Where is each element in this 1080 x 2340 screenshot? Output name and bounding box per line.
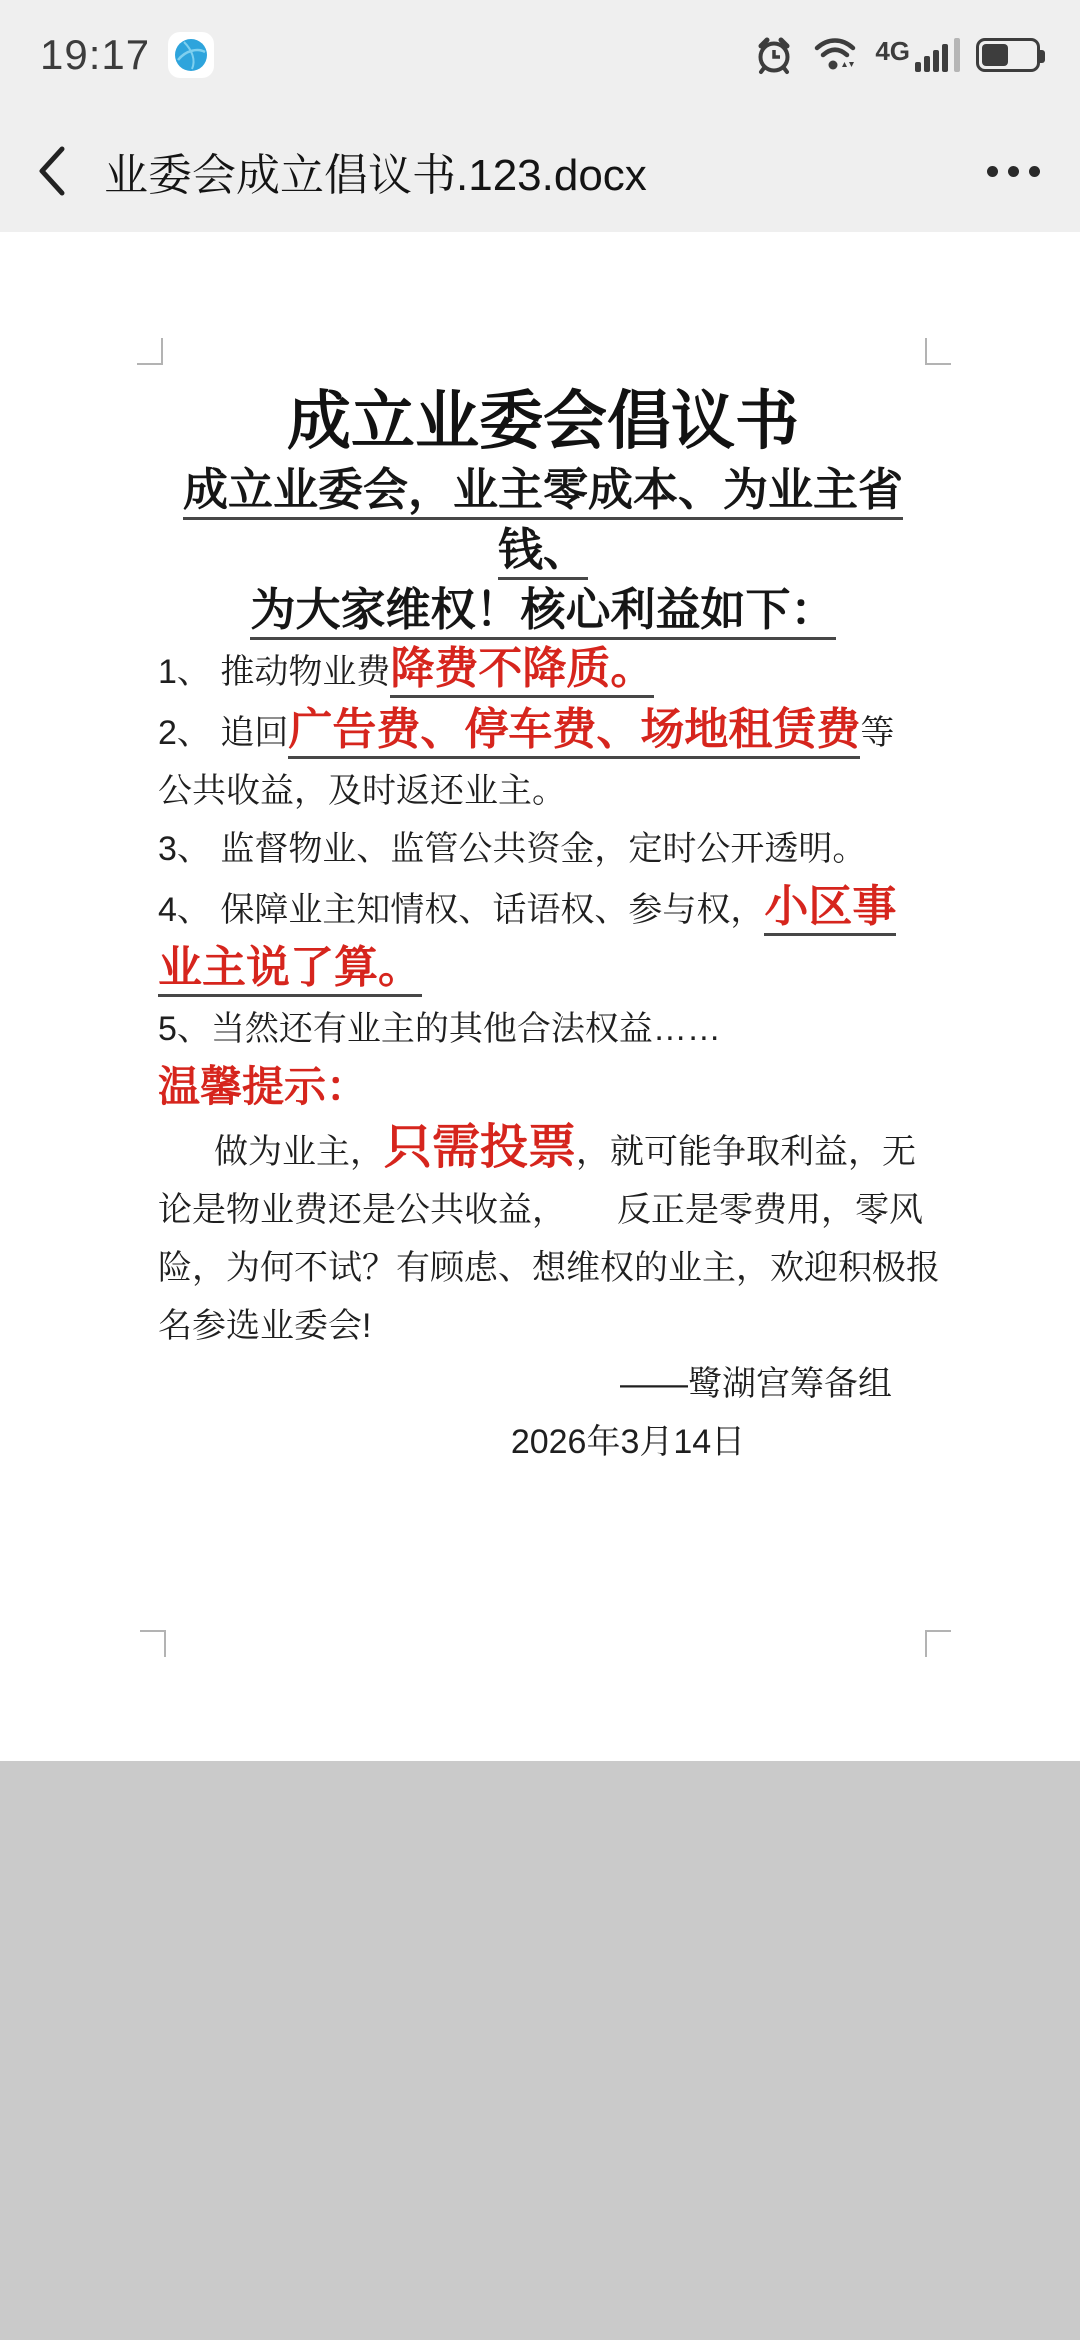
globe-icon xyxy=(172,36,210,74)
doc-text-segment: 广告费、停车费、场地租赁费 xyxy=(288,705,860,759)
doc-text-segment: ，就可能争取利益，无 xyxy=(576,1133,916,1171)
screen: 19:17 xyxy=(0,0,1080,2340)
doc-line: 做为业主，只需投票，就可能争取利益，无 xyxy=(158,1119,928,1181)
page-corner-mark xyxy=(925,1630,951,1657)
network-type-label: 4G xyxy=(875,38,910,64)
doc-line: 业主说了算。 xyxy=(158,939,928,1000)
status-bar: 19:17 xyxy=(0,0,1080,110)
doc-text-segment: 4、 保障业主知情权、话语权、参与权， xyxy=(158,891,764,929)
doc-line: 成立业委会，业主零成本、为业主省 xyxy=(158,460,928,520)
doc-text-segment: 3、 监督物业、监管公共资金，定时公开透明。 xyxy=(158,830,866,868)
doc-line: ——鹭湖宫筹备组 xyxy=(158,1355,928,1413)
page-corner-mark xyxy=(137,338,163,365)
header: 19:17 xyxy=(0,0,1080,232)
doc-text-segment: 温馨提示： xyxy=(158,1063,368,1110)
doc-text-segment: 2、 追回 xyxy=(158,714,288,752)
doc-text-segment: 业主说了算。 xyxy=(158,943,422,997)
doc-text-segment: 成立业委会，业主零成本、为业主省 xyxy=(183,464,903,520)
battery-icon xyxy=(976,38,1040,72)
page-corner-mark xyxy=(140,1630,166,1657)
doc-text-segment: ——鹭湖宫筹备组 xyxy=(620,1365,892,1403)
doc-text-segment: 公共收益，及时返还业主。 xyxy=(158,772,566,810)
wifi-icon xyxy=(811,34,859,76)
doc-text-segment: 等 xyxy=(860,714,894,752)
doc-line: 险，为何不试？有顾虑、想维权的业主，欢迎积极报 xyxy=(158,1239,928,1297)
doc-line: 成立业委会倡议书 xyxy=(158,382,928,460)
more-options-button[interactable] xyxy=(981,156,1046,187)
doc-line: 1、 推动物业费降费不降质。 xyxy=(158,640,928,701)
doc-line: 2026年3月14日 xyxy=(158,1413,928,1471)
doc-text-segment: 1、 推动物业费 xyxy=(158,653,390,691)
doc-text-segment: 论是物业费还是公共收益， 反正是零费用，零风 xyxy=(158,1191,923,1229)
doc-line: 论是物业费还是公共收益， 反正是零费用，零风 xyxy=(158,1181,928,1239)
doc-line: 公共收益，及时返还业主。 xyxy=(158,762,928,820)
status-time: 19:17 xyxy=(40,31,150,79)
doc-text-segment: 只需投票 xyxy=(384,1121,576,1174)
doc-text-segment: 2026年3月14日 xyxy=(511,1423,745,1461)
doc-line: 5、当然还有业主的其他合法权益…… xyxy=(158,1000,928,1058)
doc-text-segment: 名参选业委会! xyxy=(158,1307,371,1345)
doc-line: 2、 追回广告费、停车费、场地租赁费等 xyxy=(158,701,928,762)
doc-text-segment: 钱、 xyxy=(498,524,588,580)
document-content: 成立业委会倡议书成立业委会，业主零成本、为业主省钱、为大家维权！核心利益如下：1… xyxy=(158,382,928,1471)
browser-app-icon xyxy=(168,32,214,78)
doc-line: 为大家维权！核心利益如下： xyxy=(158,580,928,640)
background-area xyxy=(0,1761,1080,2340)
doc-line: 3、 监督物业、监管公共资金，定时公开透明。 xyxy=(158,820,928,878)
signal-4g-icon: 4G xyxy=(875,38,960,72)
doc-text-segment: 降费不降质。 xyxy=(390,644,654,698)
doc-line: 名参选业委会! xyxy=(158,1297,928,1355)
doc-text-segment: 5、当然还有业主的其他合法权益…… xyxy=(158,1010,721,1048)
status-icons: 4G xyxy=(753,34,1040,76)
page-corner-mark xyxy=(925,338,951,365)
nav-bar: 业委会成立倡议书.123.docx xyxy=(0,110,1080,232)
document-page: 成立业委会倡议书成立业委会，业主零成本、为业主省钱、为大家维权！核心利益如下：1… xyxy=(0,232,1080,1761)
doc-text-segment: 做为业主， xyxy=(214,1133,384,1171)
doc-text-segment: 为大家维权！核心利益如下： xyxy=(250,584,835,640)
back-chevron-icon xyxy=(34,143,68,199)
alarm-icon xyxy=(753,34,795,76)
doc-text-segment: 成立业委会倡议书 xyxy=(287,385,799,457)
doc-text-segment: 险，为何不试？有顾虑、想维权的业主，欢迎积极报 xyxy=(158,1249,940,1287)
back-button[interactable] xyxy=(34,141,84,201)
doc-text-segment: 小区事 xyxy=(764,882,896,936)
more-options-icon xyxy=(987,166,998,177)
doc-line: 4、 保障业主知情权、话语权、参与权，小区事 xyxy=(158,878,928,939)
document-title: 业委会成立倡议书.123.docx xyxy=(104,139,981,203)
doc-line: 钱、 xyxy=(158,520,928,580)
doc-line: 温馨提示： xyxy=(158,1058,928,1119)
